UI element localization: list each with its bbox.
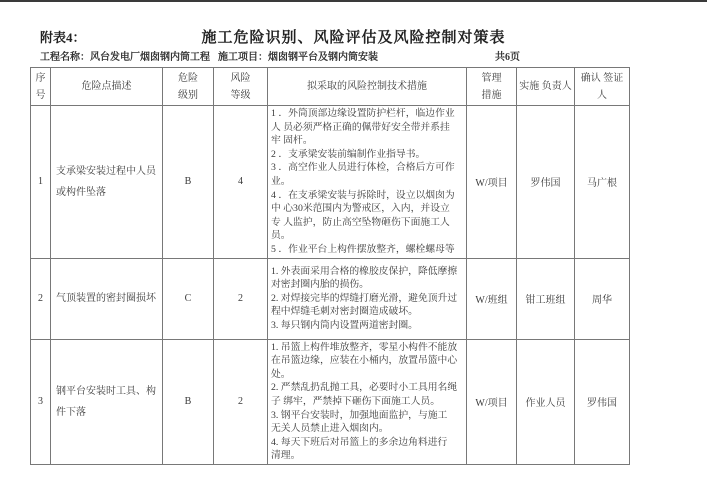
cell-measures: 1 ．外筒顶部边缘设置防护栏杆，临边作业 人 员必须严格正确的佩带好安全带并系挂… xyxy=(268,106,467,259)
cell-level: B xyxy=(163,339,214,464)
project-info: 工程名称：风台发电厂烟囱钢内筒工程施工项目：烟囱钢平台及钢内筒安装 xyxy=(40,48,680,63)
cell-confirmer: 周华 xyxy=(575,258,630,339)
cell-confirmer: 罗伟国 xyxy=(575,339,630,464)
risk-table: 序 号 危险点描述 危险 级别 风险 等级 拟采取的风险控制技术措施 管理 措施… xyxy=(30,67,630,465)
cell-grade: 2 xyxy=(214,258,268,339)
cell-implementer: 作业人员 xyxy=(517,339,575,464)
cell-no: 1 xyxy=(31,106,51,259)
cell-grade: 2 xyxy=(214,339,268,464)
table-row: 2 气顶装置的密封圈损坏 C 2 1. 外表面采用合格的橡胶皮保护，降低摩擦 对… xyxy=(31,258,630,339)
cell-measures: 1. 吊篮上构件堆放整齐，零星小构件不能放 在吊篮边缘，应装在小桶内，放置吊篮中… xyxy=(268,339,467,464)
cell-management: W/项目 xyxy=(467,339,517,464)
header-cell-level: 危险 级别 xyxy=(163,68,214,106)
header-cell-measures: 拟采取的风险控制技术措施 xyxy=(268,68,467,106)
page-title: 施工危险识别、风险评估及风险控制对策表 xyxy=(0,26,707,47)
cell-grade: 4 xyxy=(214,106,268,259)
cell-implementer: 钳工班组 xyxy=(517,258,575,339)
table-row: 1 支承梁安装过程中人员或构件坠落 B 4 1 ．外筒顶部边缘设置防护栏杆，临边… xyxy=(31,106,630,259)
cell-level: C xyxy=(163,258,214,339)
header-cell-management: 管理 措施 xyxy=(467,68,517,106)
header-cell-confirmer: 确认 签证人 xyxy=(575,68,630,106)
header-cell-implementer: 实施 负责人 xyxy=(517,68,575,106)
header-cell-grade: 风险 等级 xyxy=(214,68,268,106)
cell-hazard: 气顶装置的密封圈损坏 xyxy=(51,258,163,339)
cell-measures: 1. 外表面采用合格的橡胶皮保护，降低摩擦 对密封圈内胎的损伤。 2. 对焊接完… xyxy=(268,258,467,339)
cell-hazard: 支承梁安装过程中人员或构件坠落 xyxy=(51,106,163,259)
header-row: 序 号 危险点描述 危险 级别 风险 等级 拟采取的风险控制技术措施 管理 措施… xyxy=(31,68,630,106)
page-count: 共6页 xyxy=(495,48,520,63)
page-top-edge xyxy=(0,0,707,2)
cell-no: 3 xyxy=(31,339,51,464)
project-name: 工程名称：风台发电厂烟囱钢内筒工程 xyxy=(40,52,210,63)
cell-hazard: 钢平台安装时工具、构件下落 xyxy=(51,339,163,464)
cell-implementer: 罗伟国 xyxy=(517,106,575,259)
cell-management: W/项目 xyxy=(467,106,517,259)
table-row: 3 钢平台安装时工具、构件下落 B 2 1. 吊篮上构件堆放整齐，零星小构件不能… xyxy=(31,339,630,464)
cell-level: B xyxy=(163,106,214,259)
cell-management: W/班组 xyxy=(467,258,517,339)
cell-no: 2 xyxy=(31,258,51,339)
header-cell-no: 序 号 xyxy=(31,68,51,106)
project-item: 施工项目：烟囱钢平台及钢内筒安装 xyxy=(218,52,378,63)
cell-confirmer: 马广根 xyxy=(575,106,630,259)
header-cell-hazard: 危险点描述 xyxy=(51,68,163,106)
